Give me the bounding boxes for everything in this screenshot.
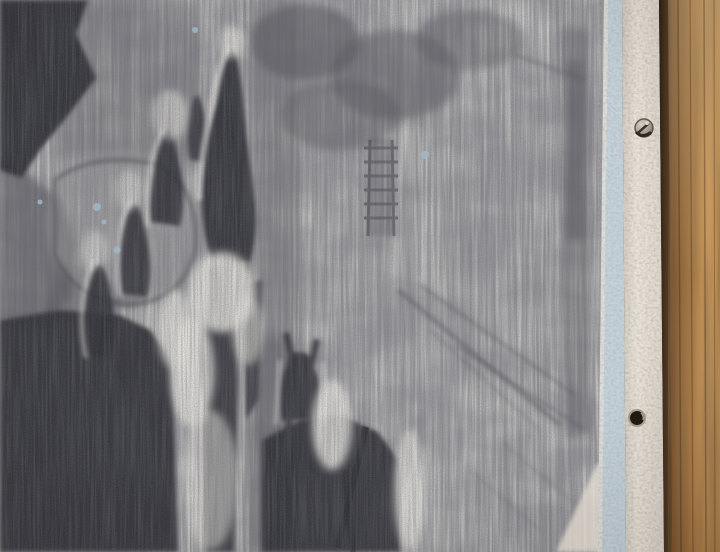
scene-canvas — [0, 0, 720, 552]
photo-of-artwork — [0, 0, 720, 552]
photo-vignette — [0, 0, 720, 552]
